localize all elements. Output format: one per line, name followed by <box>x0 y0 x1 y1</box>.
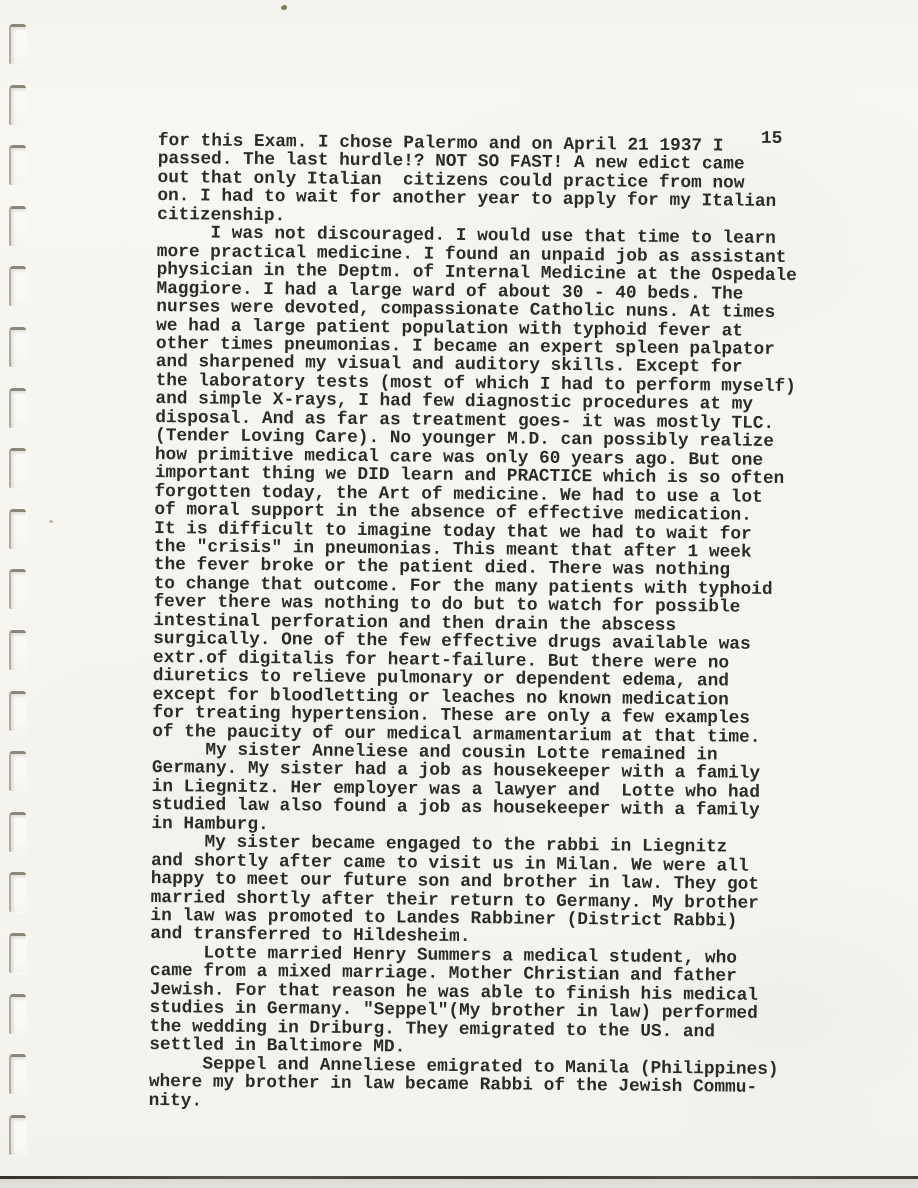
binding-hole-icon <box>9 751 26 791</box>
binding-hole-icon <box>9 691 26 731</box>
scanned-memoir-page: 15 for this Exam. I chose Palermo and on… <box>0 0 918 1188</box>
comb-binding-holes <box>0 0 40 1188</box>
binding-hole-icon <box>9 327 26 367</box>
binding-hole-icon <box>9 1054 26 1094</box>
binding-hole-icon <box>9 872 26 912</box>
binding-hole-icon <box>9 994 26 1034</box>
paper-speck-icon <box>49 520 53 523</box>
binding-hole-icon <box>9 569 26 609</box>
binding-hole-icon <box>9 24 26 64</box>
binding-hole-icon <box>9 630 26 670</box>
binding-hole-icon <box>9 812 26 852</box>
binding-hole-icon <box>9 933 26 973</box>
body-text: for this Exam. I chose Palermo and on Ap… <box>149 132 799 1116</box>
binding-hole-icon <box>9 1115 26 1155</box>
binding-hole-icon <box>9 266 26 306</box>
binding-hole-icon <box>9 145 26 185</box>
binding-hole-icon <box>9 388 26 428</box>
typewritten-text-block: 15 for this Exam. I chose Palermo and on… <box>149 132 799 1116</box>
page-number: 15 <box>761 130 783 149</box>
binding-hole-icon <box>9 206 26 246</box>
scan-background-strip <box>0 1179 918 1188</box>
binding-hole-icon <box>9 85 26 125</box>
binding-hole-icon <box>9 509 26 549</box>
binding-hole-icon <box>9 448 26 488</box>
paper-speck-icon <box>281 5 287 10</box>
